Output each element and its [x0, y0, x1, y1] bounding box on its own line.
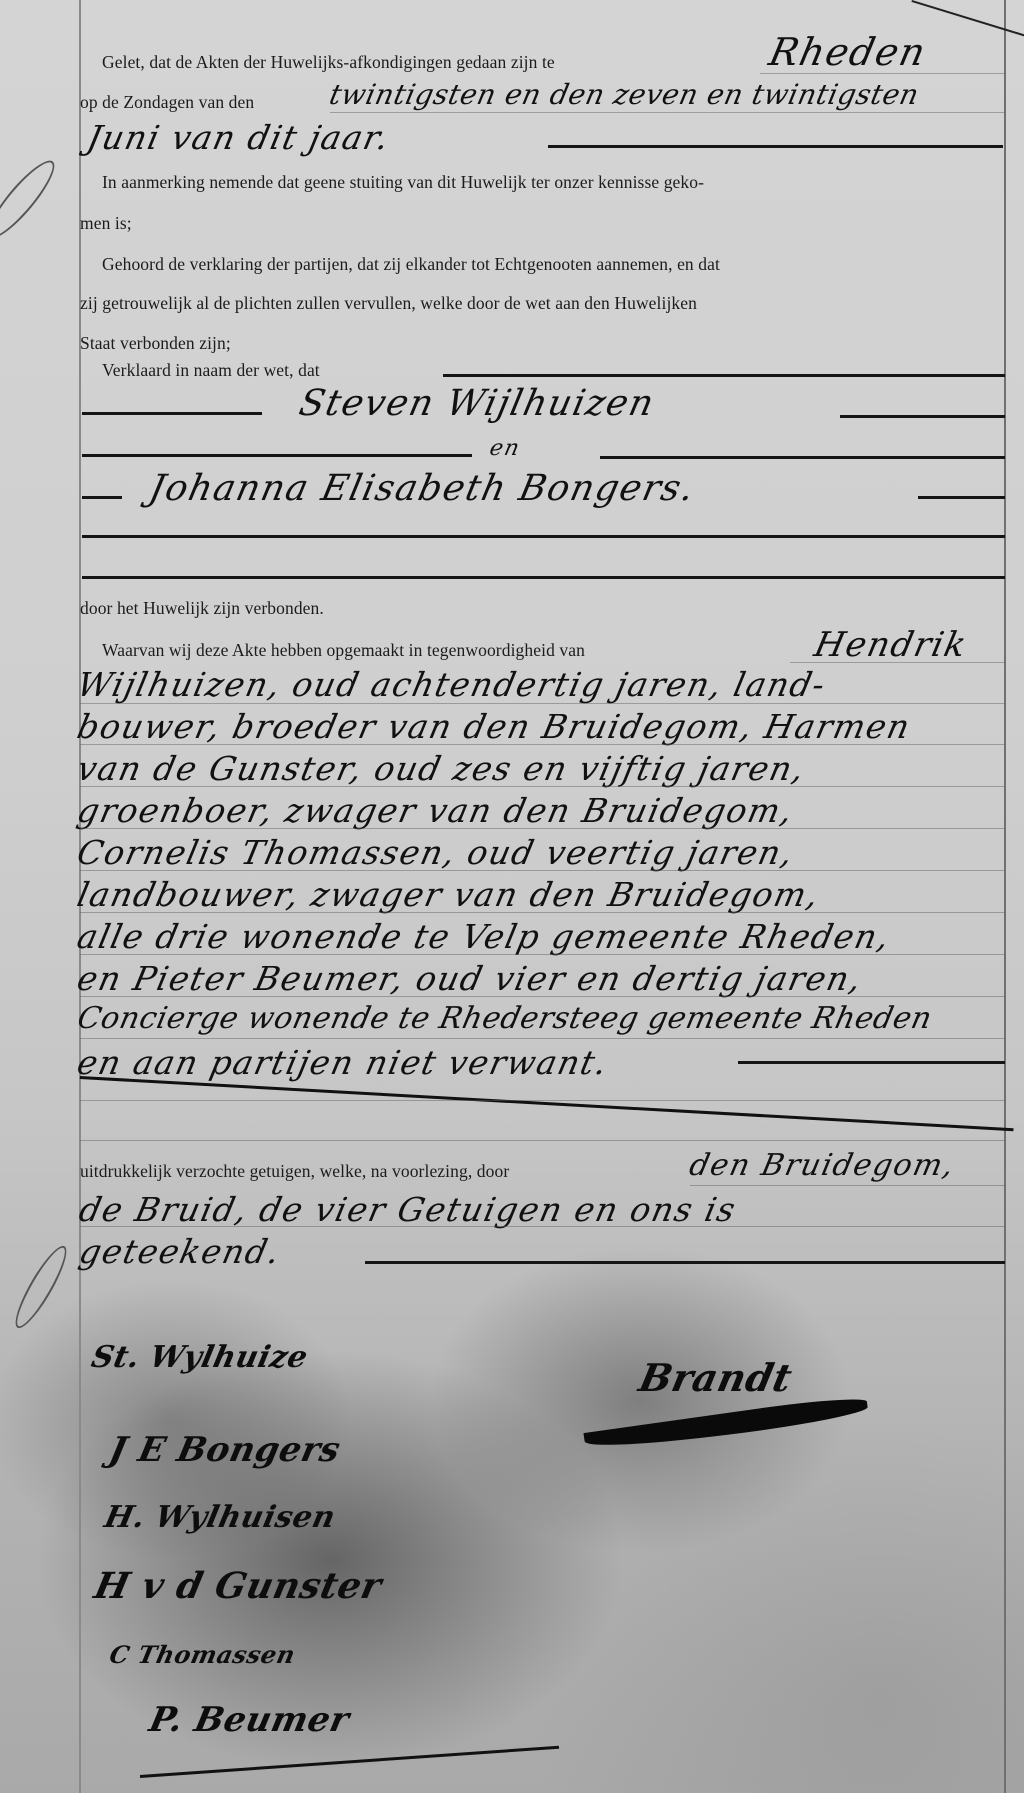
signing-hand-3: geteekend.	[76, 1232, 285, 1271]
ruled-line	[80, 1038, 1005, 1039]
fill-rule	[738, 1061, 1005, 1064]
ruled-line	[690, 1185, 1005, 1186]
signature-witness-3: C Thomassen	[107, 1640, 298, 1669]
signature-groom: St. Wylhuize	[88, 1340, 311, 1375]
signature-bride: J E Bongers	[106, 1430, 344, 1470]
clause-line-4: zij getrouwelijk al de plichten zullen v…	[80, 293, 697, 314]
bond-text: door het Huwelijk zijn verbonden.	[80, 598, 324, 619]
margin-loop-mark	[0, 153, 63, 246]
document-page: Gelet, dat de Akten der Huwelijks-afkond…	[0, 0, 1024, 1793]
publication-printed-line-2: op de Zondagen van den	[80, 92, 254, 113]
fill-rule	[82, 454, 472, 457]
fill-rule	[82, 496, 122, 499]
witness-line-0: Hendrik	[811, 625, 971, 665]
fill-rule	[82, 412, 262, 415]
clause-line-1: In aanmerking nemende dat geene stuiting…	[102, 172, 704, 193]
signature-flourish	[583, 1393, 868, 1454]
witness-line-9: Concierge wonende te Rhedersteeg gemeent…	[74, 1001, 935, 1036]
ruled-line	[80, 1140, 1005, 1141]
signing-printed: uitdrukkelijk verzochte getuigen, welke,…	[80, 1161, 509, 1182]
ruled-line	[80, 870, 1005, 871]
clause-line-5: Staat verbonden zijn;	[80, 333, 231, 354]
publication-place: Rheden	[765, 30, 930, 74]
signature-witness-4: P. Beumer	[146, 1700, 353, 1740]
publication-printed-line-1: Gelet, dat de Akten der Huwelijks-afkond…	[102, 52, 555, 73]
ruled-line	[80, 954, 1005, 955]
signature-underline	[140, 1746, 559, 1778]
clause-line-6: Verklaard in naam der wet, dat	[102, 360, 320, 381]
signing-hand-1: den Bruidegom,	[686, 1148, 958, 1183]
witness-line-1: Wijlhuizen, oud achtendertig jaren, land…	[74, 665, 830, 704]
publication-dates-2: Juni van dit jaar.	[84, 118, 394, 157]
fill-rule	[600, 456, 1005, 459]
ruled-line	[80, 828, 1005, 829]
ruled-line	[790, 662, 1005, 663]
publication-dates-1: twintigsten en den zeven en twintigsten	[326, 78, 922, 111]
fill-rule	[443, 374, 1005, 377]
witnesses-intro: Waarvan wij deze Akte hebben opgemaakt i…	[102, 640, 585, 661]
right-margin-line	[1004, 0, 1006, 1793]
ruled-line	[80, 912, 1005, 913]
groom-name: Steven Wijlhuizen	[296, 383, 659, 424]
signing-hand-2: de Bruid, de vier Getuigen en ons is	[76, 1190, 740, 1229]
clause-line-2: men is;	[80, 213, 132, 234]
fill-rule	[548, 145, 1003, 148]
fill-rule	[82, 576, 1005, 579]
strike-line-diagonal	[80, 1076, 1014, 1131]
ruled-line	[80, 744, 1005, 745]
witness-line-10: en aan partijen niet verwant.	[74, 1043, 612, 1082]
fill-rule	[840, 415, 1005, 418]
ruled-line	[80, 786, 1005, 787]
fill-rule	[82, 535, 1005, 538]
ruled-line	[80, 703, 1005, 704]
fill-rule	[918, 496, 1005, 499]
fill-rule	[365, 1261, 1005, 1264]
margin-loop-mark-lower	[8, 1241, 74, 1333]
conjunction: en	[487, 436, 523, 461]
witness-line-5: Cornelis Thomassen, oud veertig jaren,	[74, 833, 798, 872]
official-signature: Brandt	[635, 1355, 796, 1400]
ruled-line	[80, 996, 1005, 997]
witness-line-4: groenboer, zwager van den Bruidegom,	[74, 791, 797, 830]
ruled-line	[80, 1100, 1005, 1101]
witness-line-2: bouwer, broeder van den Bruidegom, Harme…	[74, 707, 915, 746]
witness-line-7: alle drie wonende te Velp gemeente Rhede…	[74, 917, 894, 956]
signature-witness-2: H v d Gunster	[91, 1565, 386, 1607]
ruled-line	[80, 1226, 1005, 1227]
clause-line-3: Gehoord de verklaring der partijen, dat …	[102, 254, 720, 275]
ruled-line	[760, 73, 1005, 74]
witness-line-6: landbouwer, zwager van den Bruidegom,	[74, 875, 823, 914]
ruled-line	[330, 112, 1005, 113]
signature-witness-1: H. Wylhuisen	[101, 1500, 338, 1535]
witness-line-8: en Pieter Beumer, oud vier en dertig jar…	[74, 959, 866, 998]
bride-name: Johanna Elisabeth Bongers.	[146, 468, 699, 509]
witness-line-3: van de Gunster, oud zes en vijftig jaren…	[74, 749, 809, 788]
